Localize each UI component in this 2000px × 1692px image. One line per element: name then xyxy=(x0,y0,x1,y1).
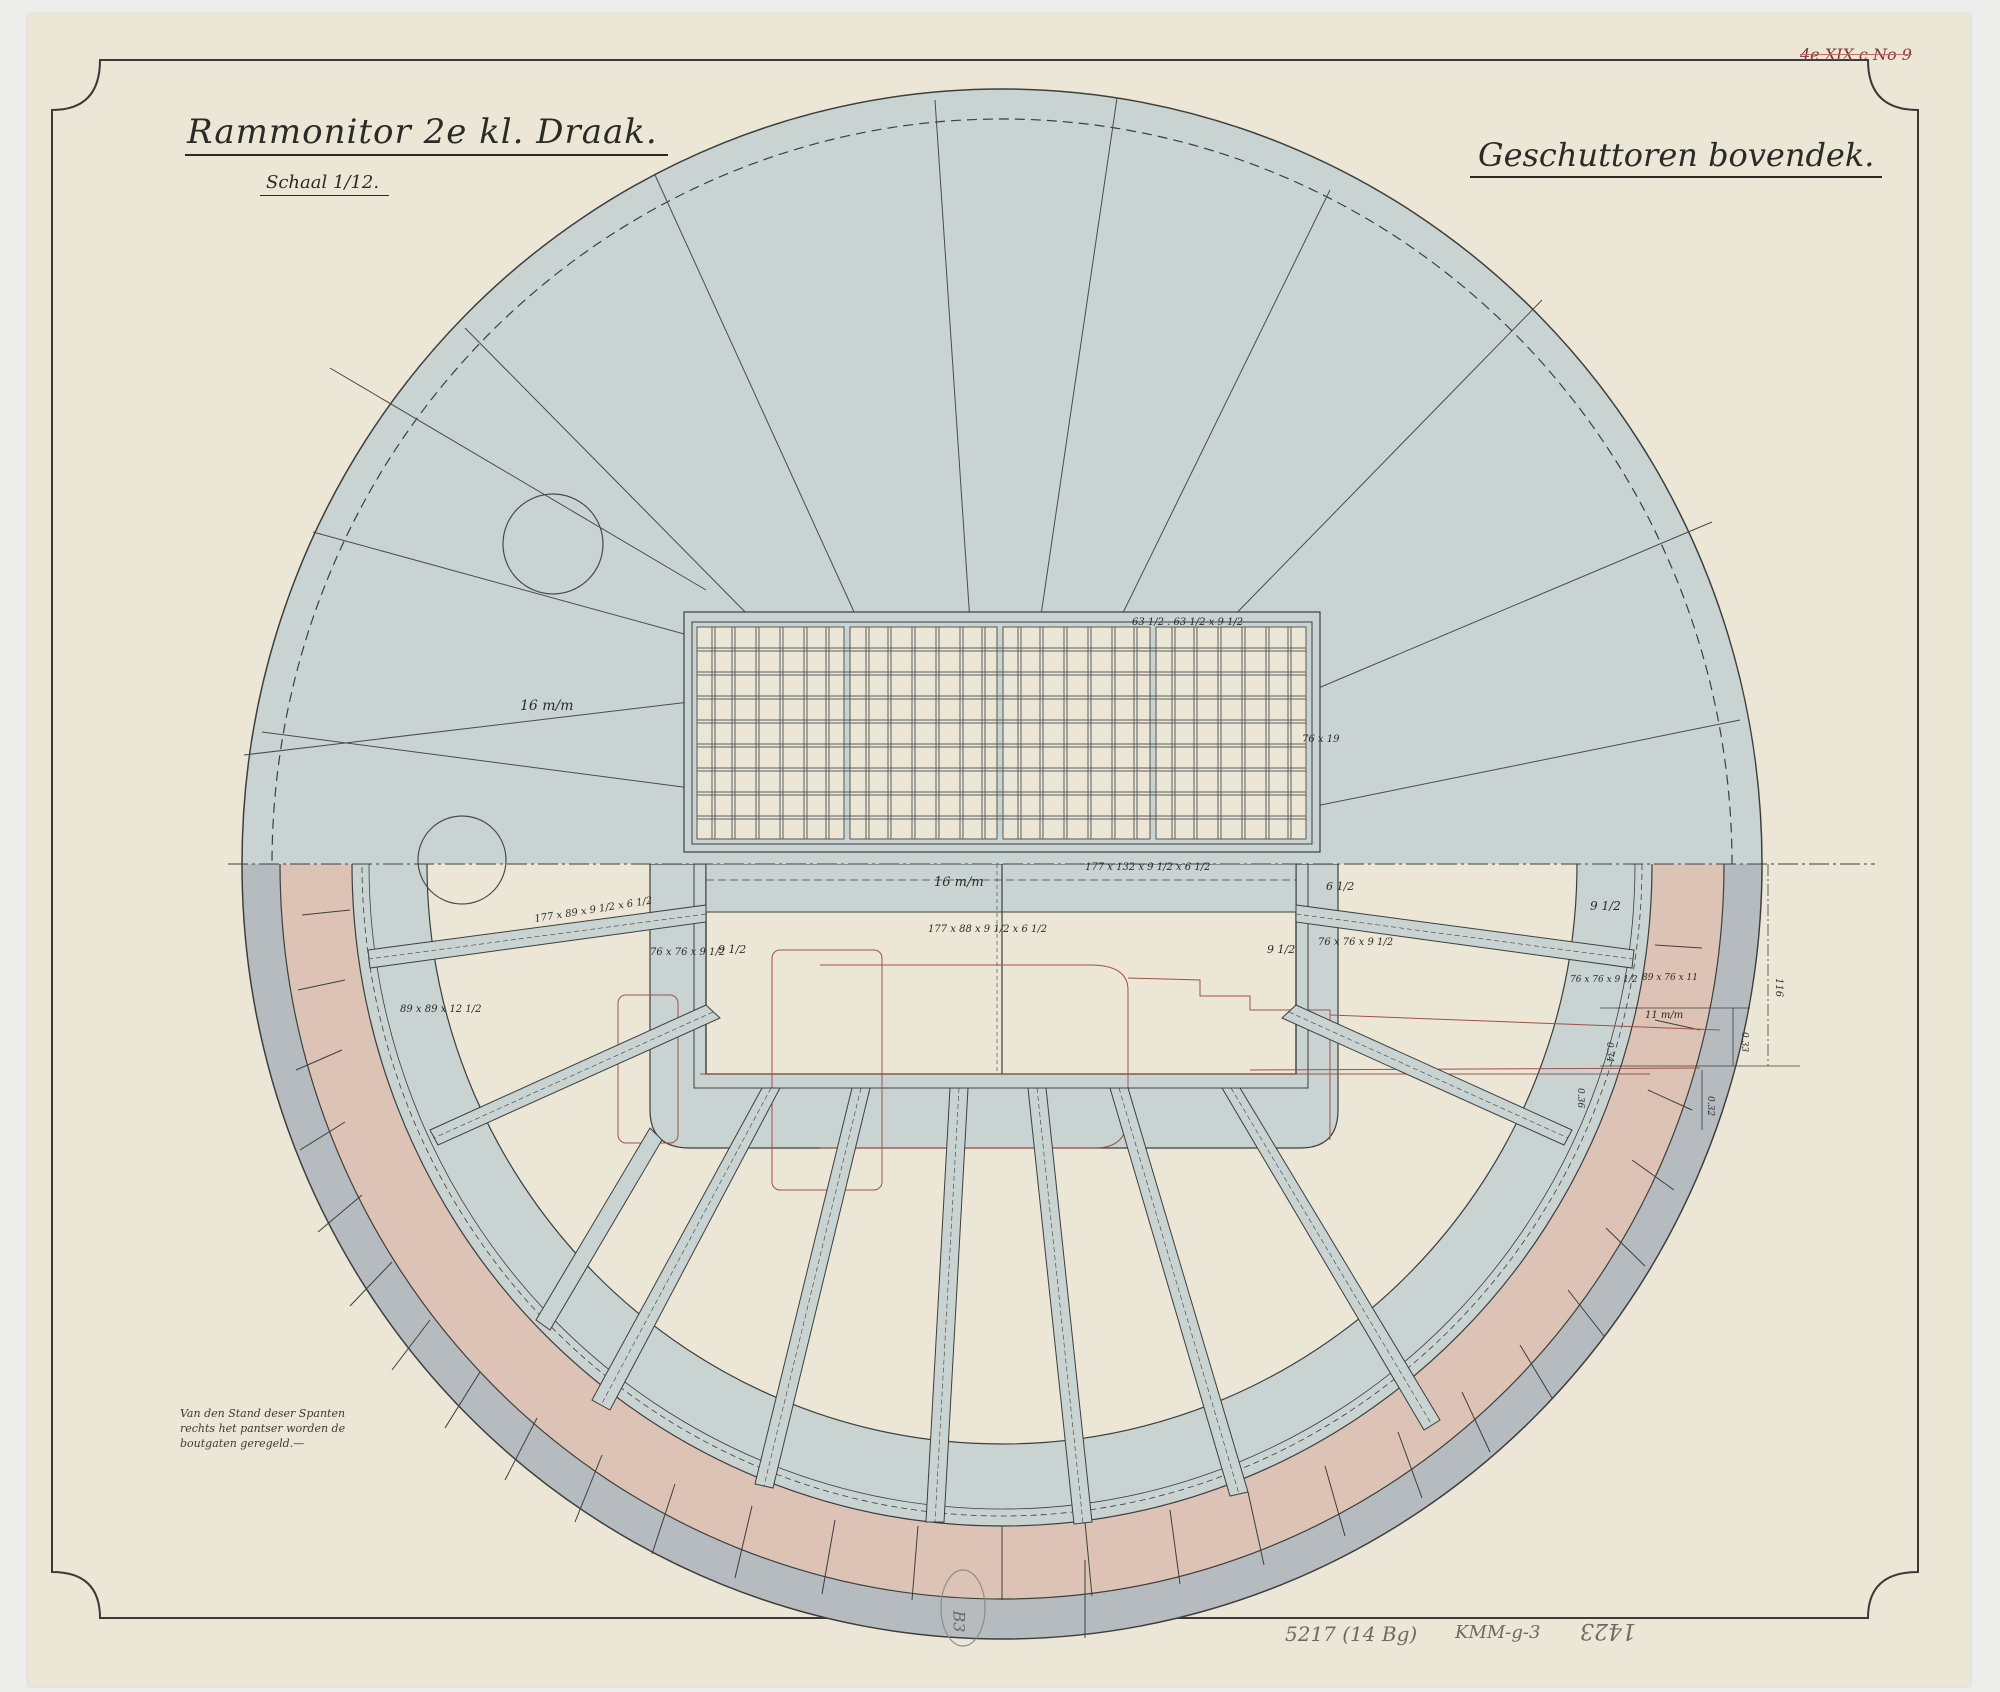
armour-bracket-label: 89 x 76 x 11 xyxy=(1642,973,1698,983)
dim-lower: 0.32 xyxy=(1705,1096,1715,1116)
construction-note: Van den Stand deser Spanten rechts het p… xyxy=(180,1406,370,1451)
drawing-subtitle: Geschuttoren bovendek. xyxy=(1470,136,1882,178)
top-beam-label: 177 x 132 x 9 1/2 x 6 1/2 xyxy=(1085,862,1210,873)
drawing-title: Rammonitor 2e kl. Draak. xyxy=(185,112,668,156)
archive-collection-mark: KMM-g-3 xyxy=(1455,1622,1540,1643)
left-web-label: 9 1/2 xyxy=(718,943,746,956)
left-angle-label: 76 x 76 x 9 1/2 xyxy=(650,947,725,958)
armour-thickness-label: 11 m/m xyxy=(1645,1010,1683,1021)
center-beam-label: 177 x 88 x 9 1/2 x 6 1/2 xyxy=(928,924,1047,935)
drawing-scale: Schaal 1/12. xyxy=(260,172,389,196)
grating-side-label: 76 x 19 xyxy=(1302,734,1340,745)
archive-circled-mark: B3 xyxy=(949,1611,968,1633)
right-angle-label: 76 x 76 x 9 1/2 xyxy=(1318,937,1393,948)
ring-plate-label: 9 1/2 xyxy=(1590,899,1621,913)
right-web-label: 9 1/2 xyxy=(1267,943,1295,956)
ring-angle-label: 76 x 76 x 9 1/2 xyxy=(1570,975,1638,985)
dim-vertical-total: 116 xyxy=(1773,978,1784,998)
dim-inner-b: 0.36 xyxy=(1575,1088,1585,1108)
grating-angle-label: 63 1/2 . 63 1/2 x 9 1/2 xyxy=(1132,617,1243,628)
plate-thickness-upper: 16 m/m xyxy=(520,698,574,714)
grating-hatch xyxy=(684,612,1320,852)
outer-angle-label: 89 x 89 x 12 1/2 xyxy=(400,1004,481,1015)
archive-inventory-mark: 5217 (14 Bg) xyxy=(1285,1622,1417,1646)
right-plate-label: 6 1/2 xyxy=(1326,880,1354,893)
dim-inner-a: 0.34 xyxy=(1604,1042,1614,1062)
archive-reference-crossed: 4e XIX c No 9 xyxy=(1800,45,1912,64)
archive-number-mark: 1423 xyxy=(1580,1618,1636,1643)
plate-thickness-lower: 16 m/m xyxy=(934,875,984,890)
dim-upper: 0.33 xyxy=(1739,1032,1749,1052)
